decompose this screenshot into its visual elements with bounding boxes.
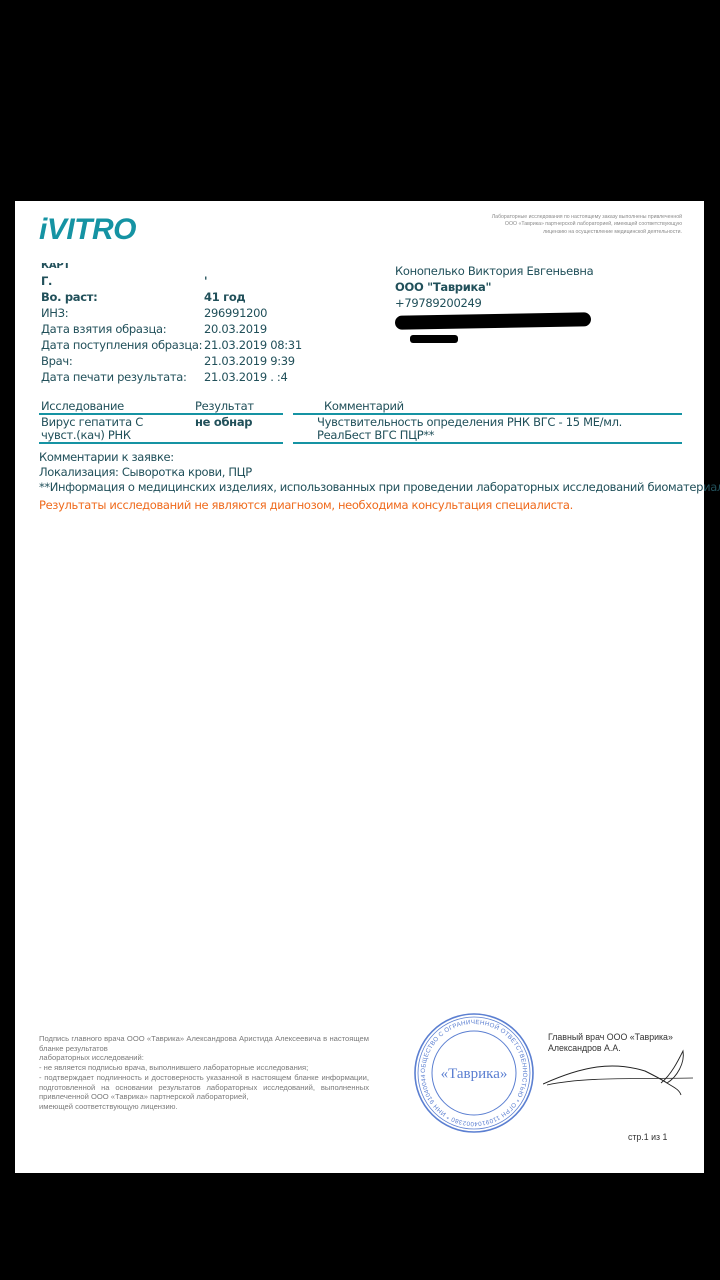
- patient-field-value: 21.03.2019 9:39: [204, 353, 295, 369]
- ordering-company: ООО "Таврика": [395, 279, 695, 295]
- comment-line: **Информация о медицинских изделиях, исп…: [39, 480, 699, 495]
- patient-row: Дата поступления образца:21.03.2019 08:3…: [41, 337, 321, 353]
- lab-note: Лабораторные исследования по настоящему …: [482, 214, 682, 236]
- patient-header-label: КАРТ: [41, 263, 204, 273]
- page-number: стр.1 из 1: [628, 1132, 667, 1142]
- patient-field-value: 21.03.2019 . :4: [204, 369, 288, 385]
- diagnosis-disclaimer: Результаты исследований не являются диаг…: [39, 498, 699, 513]
- lab-result-document: iVITRO Лабораторные исследования по наст…: [15, 201, 704, 1173]
- signature-icon: [543, 1041, 703, 1101]
- patient-field-label: Дата взятия образца:: [41, 321, 204, 337]
- redaction-mark: [395, 312, 591, 329]
- patient-field-label: ИНЗ:: [41, 305, 204, 321]
- patient-row: Г.': [41, 273, 321, 289]
- patient-header-cut: КАРТ: [41, 263, 321, 273]
- orderer-info: Конопелько Виктория Евгеньевна ООО "Тавр…: [395, 263, 695, 311]
- header-test: Исследование: [41, 399, 124, 413]
- ordering-doctor: Конопелько Виктория Евгеньевна: [395, 263, 695, 279]
- order-comments: Комментарии к заявке: Локализация: Сывор…: [39, 450, 699, 513]
- ivitro-logo: iVITRO: [39, 213, 136, 247]
- row-rule: [293, 442, 682, 444]
- ordering-phone: +79789200249: [395, 295, 695, 311]
- header-comment: Комментарий: [324, 399, 404, 413]
- patient-row: Во. раст:41 год: [41, 289, 321, 305]
- comment-line: Локализация: Сыворотка крови, ПЦР: [39, 465, 699, 480]
- redaction-mark: [410, 335, 458, 343]
- patient-field-value: 41 год: [204, 289, 245, 305]
- patient-field-value: 20.03.2019: [204, 321, 267, 337]
- patient-field-label: Дата печати результата:: [41, 369, 204, 385]
- patient-field-label: Г.: [41, 273, 204, 289]
- company-stamp-icon: ОБЩЕСТВО С ОГРАНИЧЕННОЙ ОТВЕТСТВЕННОСТЬЮ…: [413, 1012, 535, 1134]
- patient-row: Дата взятия образца:20.03.2019: [41, 321, 321, 337]
- patient-field-label: Во. раст:: [41, 289, 204, 305]
- patient-field-value: 21.03.2019 08:31: [204, 337, 302, 353]
- patient-field-value: ': [204, 273, 207, 289]
- signature-note: Подпись главного врача ООО «Таврика» Але…: [39, 1034, 369, 1112]
- patient-info: КАРТ Г.'Во. раст:41 годИНЗ:296991200Дата…: [41, 263, 321, 385]
- patient-field-label: Дата поступления образца:: [41, 337, 204, 353]
- patient-row: Дата печати результата:21.03.2019 . :4: [41, 369, 321, 385]
- header-result: Результат: [195, 399, 254, 413]
- result-test-name: Вирус гепатита С чувст.(кач) РНК: [41, 416, 143, 442]
- patient-row: Врач:21.03.2019 9:39: [41, 353, 321, 369]
- patient-field-label: Врач:: [41, 353, 204, 369]
- patient-field-value: 296991200: [204, 305, 267, 321]
- result-value: не обнар: [195, 416, 252, 429]
- svg-text:«Таврика»: «Таврика»: [441, 1066, 508, 1082]
- patient-row: ИНЗ:296991200: [41, 305, 321, 321]
- row-rule: [39, 442, 283, 444]
- result-comment: Чувствительность определения РНК ВГС - 1…: [317, 416, 622, 442]
- comments-title: Комментарии к заявке:: [39, 450, 699, 465]
